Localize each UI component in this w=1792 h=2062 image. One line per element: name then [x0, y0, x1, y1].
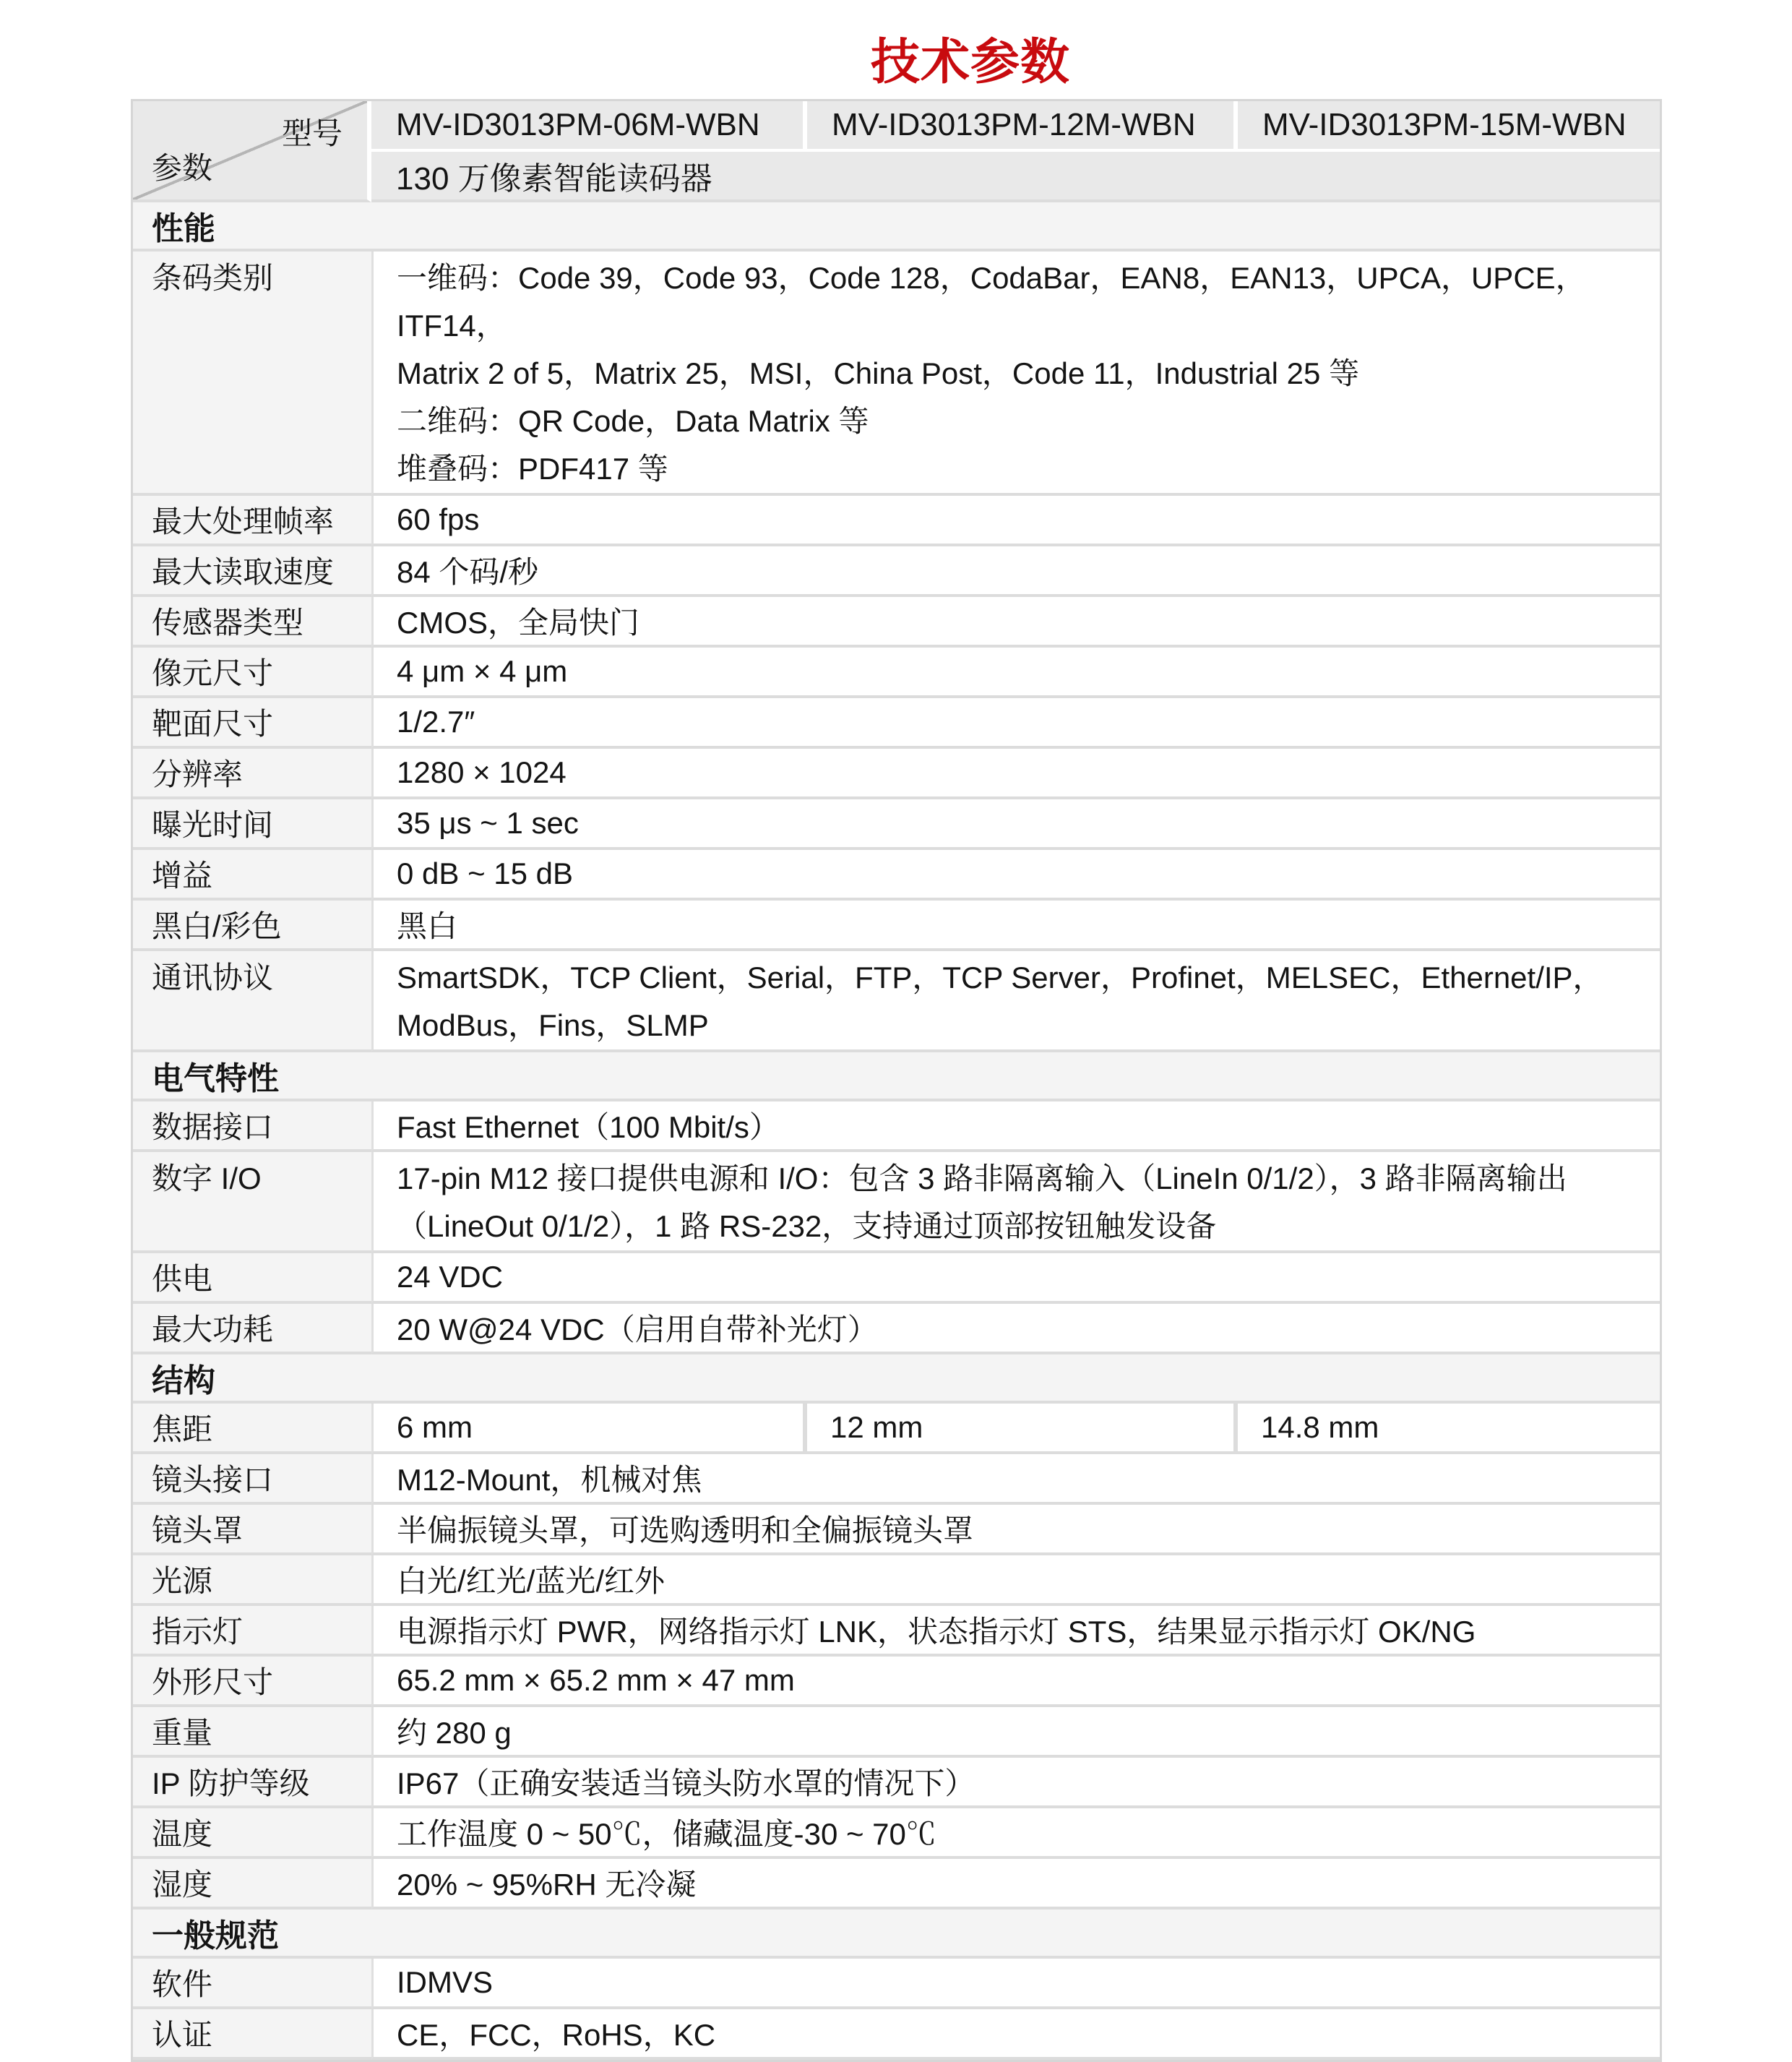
spec-row-dimensions: 外形尺寸 65.2 mm × 65.2 mm × 47 mm: [133, 1657, 1660, 1707]
row-label-sensor-type: 传感器类型: [133, 597, 371, 648]
row-label-protocols: 通讯协议: [133, 951, 371, 1052]
row-value-resolution: 1280 × 1024: [371, 749, 1660, 799]
row-value-weight: 约 280 g: [371, 1707, 1660, 1758]
row-label-certification: 认证: [133, 2009, 371, 2060]
product-subtitle: 130 万像素智能读码器: [371, 152, 1660, 202]
row-label-pixel-size: 像元尺寸: [133, 648, 371, 698]
row-value-max-power: 20 W@24 VDC（启用自带补光灯）: [371, 1304, 1660, 1354]
spec-row-max-frame-rate: 最大处理帧率 60 fps: [133, 496, 1660, 546]
header-corner-model-label: 型号: [282, 110, 343, 153]
spec-row-gain: 增益 0 dB ~ 15 dB: [133, 850, 1660, 901]
model-name-1: MV-ID3013PM-06M-WBN: [371, 101, 803, 152]
row-value-sensor-format: 1/2.7″: [371, 698, 1660, 749]
spec-row-temperature: 温度 工作温度 0 ~ 50℃，储藏温度-30 ~ 70℃: [133, 1808, 1660, 1859]
spec-row-sensor-type: 传感器类型 CMOS，全局快门: [133, 597, 1660, 648]
row-value-focal-length-1: 6 mm: [371, 1404, 803, 1454]
spec-row-mono-color: 黑白/彩色 黑白: [133, 901, 1660, 951]
row-value-humidity: 20% ~ 95%RH 无冷凝: [371, 1859, 1660, 1910]
row-label-software: 软件: [133, 1959, 371, 2009]
page-title: 技术参数: [871, 23, 1070, 93]
row-label-indicators: 指示灯: [133, 1606, 371, 1657]
spec-row-max-read-speed: 最大读取速度 84 个码/秒: [133, 546, 1660, 597]
row-value-ip-rating: IP67（正确安装适当镜头防水罩的情况下）: [371, 1758, 1660, 1808]
section-row-general: 一般规范: [133, 1910, 1660, 1959]
row-value-light-source: 白光/红光/蓝光/红外: [371, 1555, 1660, 1606]
spec-row-power-supply: 供电 24 VDC: [133, 1253, 1660, 1304]
row-label-resolution: 分辨率: [133, 749, 371, 799]
row-value-focal-length-2: 12 mm: [803, 1404, 1233, 1454]
spec-row-lens-cover: 镜头罩 半偏振镜头罩，可选购透明和全偏振镜头罩: [133, 1505, 1660, 1555]
row-label-humidity: 湿度: [133, 1859, 371, 1910]
spec-row-humidity: 湿度 20% ~ 95%RH 无冷凝: [133, 1859, 1660, 1910]
spec-row-lens-mount: 镜头接口 M12-Mount，机械对焦: [133, 1454, 1660, 1505]
header-row-models: 型号 参数 MV-ID3013PM-06M-WBN MV-ID3013PM-12…: [133, 101, 1660, 152]
row-label-lens-cover: 镜头罩: [133, 1505, 371, 1555]
header-corner-cell: 型号 参数: [133, 101, 371, 202]
spec-row-light-source: 光源 白光/红光/蓝光/红外: [133, 1555, 1660, 1606]
spec-row-software: 软件 IDMVS: [133, 1959, 1660, 2009]
spec-row-digital-io: 数字 I/O 17-pin M12 接口提供电源和 I/O：包含 3 路非隔离输…: [133, 1152, 1660, 1253]
spec-row-resolution: 分辨率 1280 × 1024: [133, 749, 1660, 799]
spec-row-pixel-size: 像元尺寸 4 μm × 4 μm: [133, 648, 1660, 698]
section-title-general: 一般规范: [133, 1910, 1660, 1959]
spec-row-sensor-format: 靶面尺寸 1/2.7″: [133, 698, 1660, 749]
row-label-max-read-speed: 最大读取速度: [133, 546, 371, 597]
spec-table: 型号 参数 MV-ID3013PM-06M-WBN MV-ID3013PM-12…: [131, 99, 1662, 2062]
row-value-barcode-types: 一维码：Code 39，Code 93，Code 128，CodaBar，EAN…: [371, 252, 1660, 496]
row-value-certification: CE，FCC，RoHS，KC: [371, 2009, 1660, 2060]
row-value-gain: 0 dB ~ 15 dB: [371, 850, 1660, 901]
row-value-mono-color: 黑白: [371, 901, 1660, 951]
row-value-indicators: 电源指示灯 PWR，网络指示灯 LNK，状态指示灯 STS，结果显示指示灯 OK…: [371, 1606, 1660, 1657]
row-value-digital-io: 17-pin M12 接口提供电源和 I/O：包含 3 路非隔离输入（LineI…: [371, 1152, 1660, 1253]
spec-row-max-power: 最大功耗 20 W@24 VDC（启用自带补光灯）: [133, 1304, 1660, 1354]
row-label-light-source: 光源: [133, 1555, 371, 1606]
spec-row-indicators: 指示灯 电源指示灯 PWR，网络指示灯 LNK，状态指示灯 STS，结果显示指示…: [133, 1606, 1660, 1657]
row-value-data-interface: Fast Ethernet（100 Mbit/s）: [371, 1101, 1660, 1152]
row-value-focal-length-3: 14.8 mm: [1233, 1404, 1660, 1454]
row-label-sensor-format: 靶面尺寸: [133, 698, 371, 749]
spec-row-exposure-time: 曝光时间 35 μs ~ 1 sec: [133, 799, 1660, 850]
header-corner-param-label: 参数: [152, 145, 212, 188]
spec-row-focal-length: 焦距 6 mm 12 mm 14.8 mm: [133, 1404, 1660, 1454]
model-name-2: MV-ID3013PM-12M-WBN: [803, 101, 1233, 152]
row-label-data-interface: 数据接口: [133, 1101, 371, 1152]
row-value-dimensions: 65.2 mm × 65.2 mm × 47 mm: [371, 1657, 1660, 1707]
row-label-lens-mount: 镜头接口: [133, 1454, 371, 1505]
row-value-max-frame-rate: 60 fps: [371, 496, 1660, 546]
row-value-lens-cover: 半偏振镜头罩，可选购透明和全偏振镜头罩: [371, 1505, 1660, 1555]
row-value-lens-mount: M12-Mount，机械对焦: [371, 1454, 1660, 1505]
row-label-digital-io: 数字 I/O: [133, 1152, 371, 1253]
row-label-power-supply: 供电: [133, 1253, 371, 1304]
model-name-3: MV-ID3013PM-15M-WBN: [1233, 101, 1660, 152]
spec-row-certification: 认证 CE，FCC，RoHS，KC: [133, 2009, 1660, 2060]
row-value-exposure-time: 35 μs ~ 1 sec: [371, 799, 1660, 850]
section-title-electrical: 电气特性: [133, 1052, 1660, 1101]
row-label-ip-rating: IP 防护等级: [133, 1758, 371, 1808]
section-title-performance: 性能: [133, 202, 1660, 252]
row-value-temperature: 工作温度 0 ~ 50℃，储藏温度-30 ~ 70℃: [371, 1808, 1660, 1859]
row-label-temperature: 温度: [133, 1808, 371, 1859]
row-label-focal-length: 焦距: [133, 1404, 371, 1454]
spec-row-barcode-types: 条码类别 一维码：Code 39，Code 93，Code 128，CodaBa…: [133, 252, 1660, 496]
row-value-protocols: SmartSDK，TCP Client，Serial，FTP，TCP Serve…: [371, 951, 1660, 1052]
section-title-structure: 结构: [133, 1354, 1660, 1404]
spec-row-protocols: 通讯协议 SmartSDK，TCP Client，Serial，FTP，TCP …: [133, 951, 1660, 1052]
row-label-weight: 重量: [133, 1707, 371, 1758]
row-label-exposure-time: 曝光时间: [133, 799, 371, 850]
row-value-sensor-type: CMOS，全局快门: [371, 597, 1660, 648]
row-value-power-supply: 24 VDC: [371, 1253, 1660, 1304]
row-label-barcode-types: 条码类别: [133, 252, 371, 496]
row-value-pixel-size: 4 μm × 4 μm: [371, 648, 1660, 698]
spec-row-weight: 重量 约 280 g: [133, 1707, 1660, 1758]
row-value-max-read-speed: 84 个码/秒: [371, 546, 1660, 597]
spec-row-data-interface: 数据接口 Fast Ethernet（100 Mbit/s）: [133, 1101, 1660, 1152]
section-row-performance: 性能: [133, 202, 1660, 252]
row-label-dimensions: 外形尺寸: [133, 1657, 371, 1707]
section-row-structure: 结构: [133, 1354, 1660, 1404]
row-value-software: IDMVS: [371, 1959, 1660, 2009]
row-label-max-frame-rate: 最大处理帧率: [133, 496, 371, 546]
row-label-max-power: 最大功耗: [133, 1304, 371, 1354]
spec-row-ip-rating: IP 防护等级 IP67（正确安装适当镜头防水罩的情况下）: [133, 1758, 1660, 1808]
row-label-gain: 增益: [133, 850, 371, 901]
row-label-mono-color: 黑白/彩色: [133, 901, 371, 951]
section-row-electrical: 电气特性: [133, 1052, 1660, 1101]
